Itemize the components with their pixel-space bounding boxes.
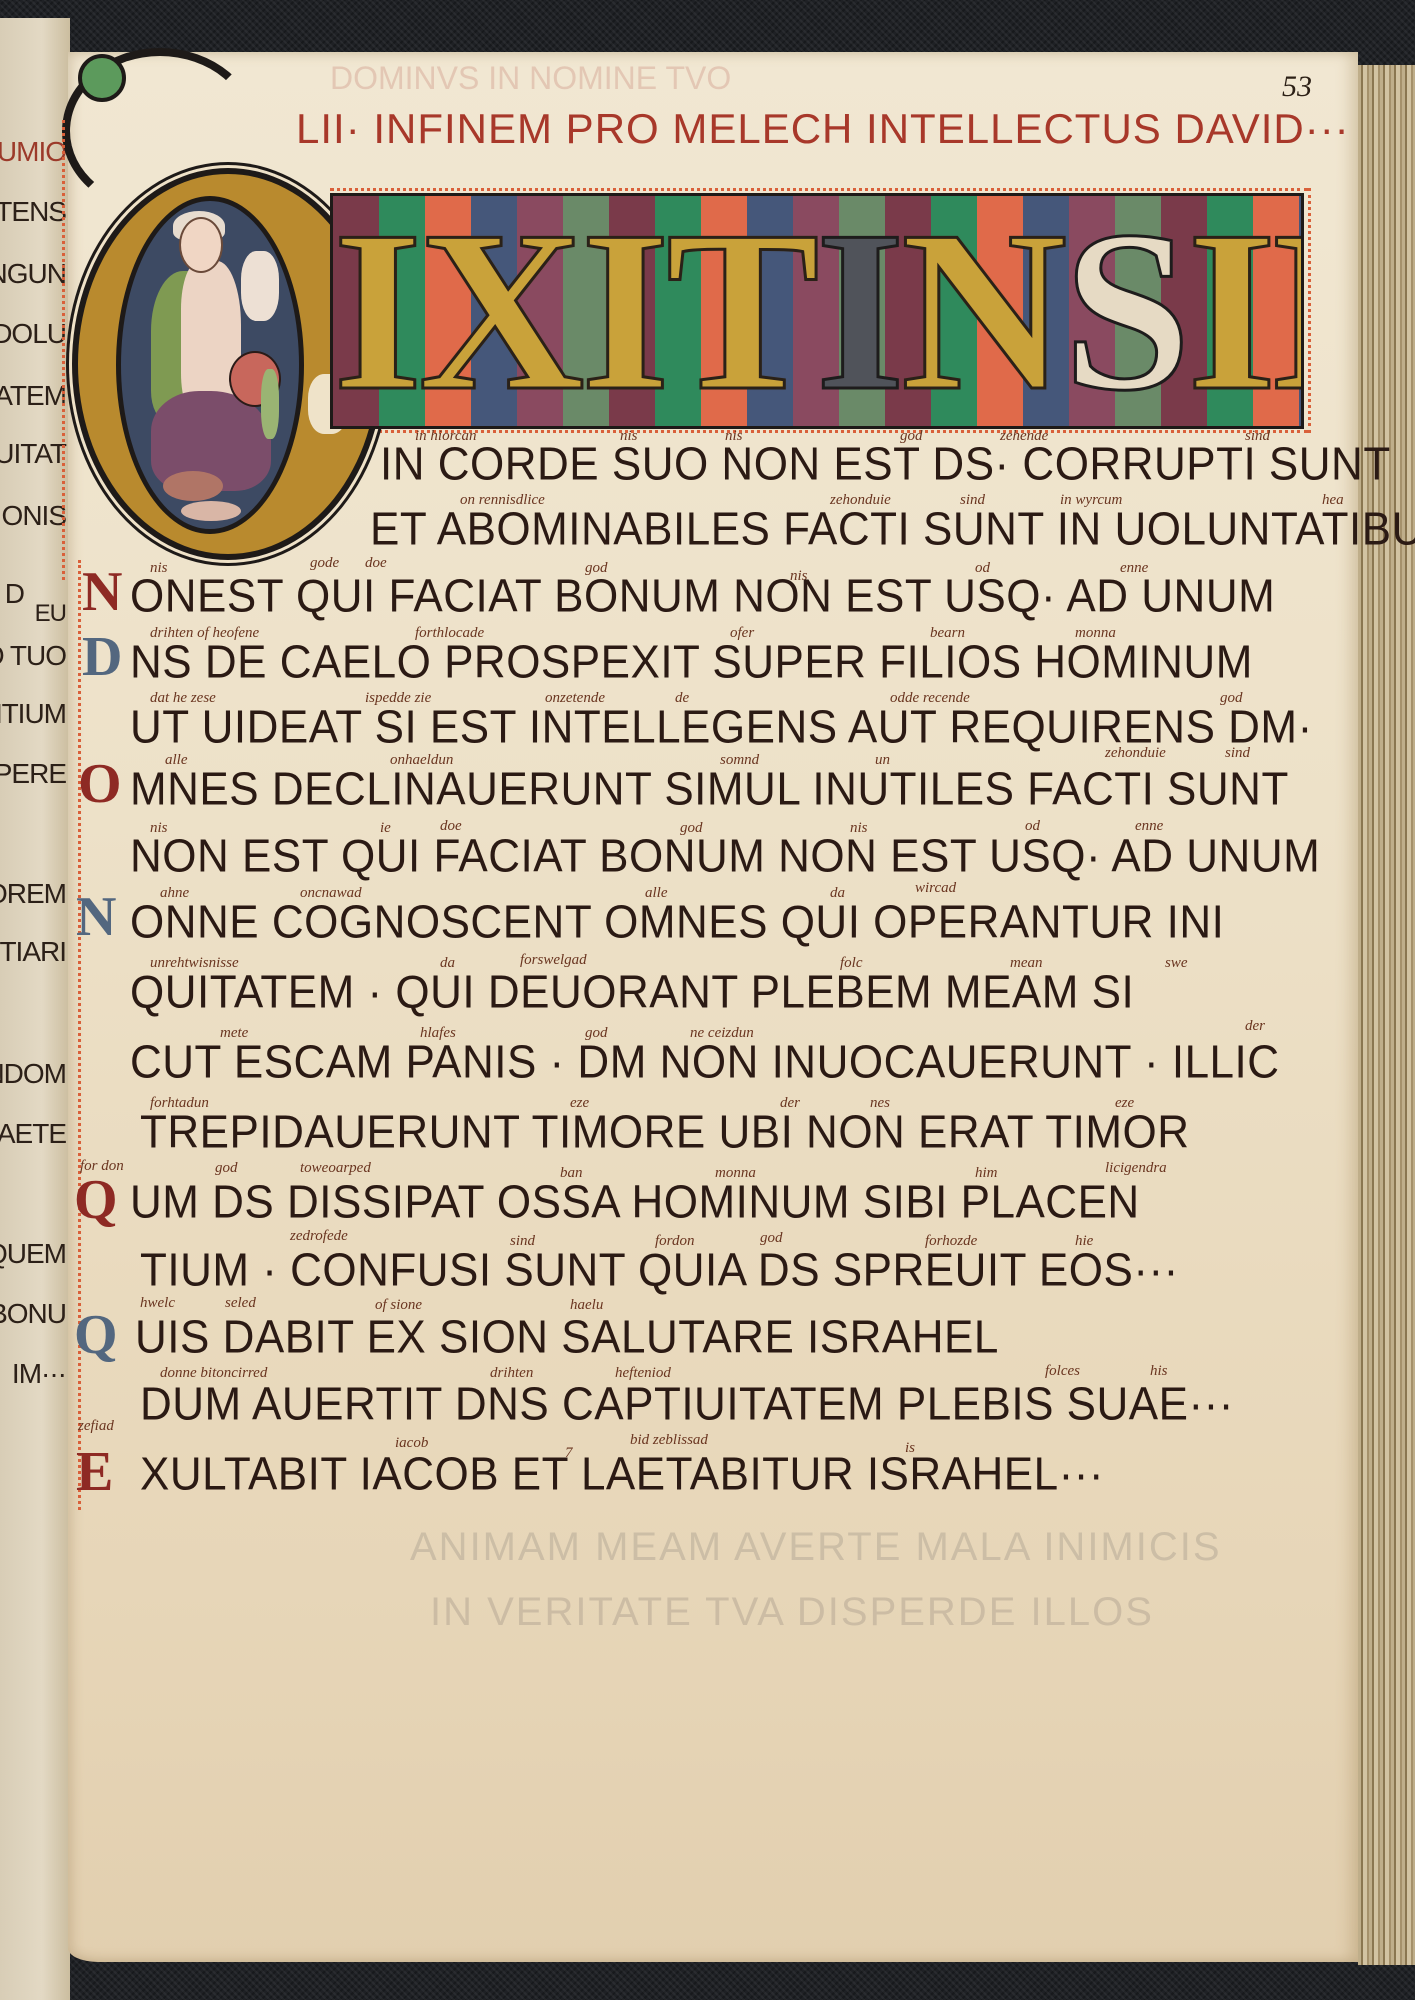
- left-page-text: DUMIO: [0, 136, 66, 168]
- left-page-text: UITIARI: [0, 936, 66, 968]
- dotted-border: [62, 120, 65, 580]
- interlinear-gloss: hwelc: [140, 1295, 175, 1312]
- initial-capital: E: [76, 1440, 113, 1504]
- initial-capital: Q: [74, 1303, 118, 1367]
- interlinear-gloss: sind: [1225, 745, 1250, 762]
- banner-letter: N: [901, 196, 1063, 426]
- interlinear-gloss: toweoarped: [300, 1160, 371, 1177]
- text-line: MNES DECLINAUERUNT SIMUL INUTILES FACTI …: [130, 764, 1289, 817]
- text-line: DUM AUERTIT DNS CAPTIUITATEM PLEBIS SUAE…: [140, 1379, 1234, 1432]
- interlinear-gloss: swe: [1165, 955, 1188, 972]
- interlinear-gloss: his: [1150, 1363, 1168, 1380]
- text-line: ONEST QUI FACIAT BONUM NON EST USQ· AD U…: [130, 571, 1275, 624]
- fish-figure: [261, 369, 279, 439]
- left-page-text: ATIONIS: [0, 500, 66, 532]
- hare-figure: [163, 471, 223, 501]
- text-line: TIUM · CONFUSI SUNT QUIA DS SPREUIT EOS·…: [140, 1245, 1179, 1298]
- interlinear-gloss: folces: [1045, 1363, 1080, 1380]
- text-line: ET ABOMINABILES FACTI SUNT IN UOLUNTATIB…: [370, 504, 1415, 557]
- left-page-text: TI DOLU: [0, 318, 66, 350]
- left-page-text: AINDOM: [0, 1058, 66, 1090]
- left-page-text: SUPERE: [0, 758, 66, 790]
- figure-head: [179, 217, 223, 273]
- interlinear-gloss: licigendra: [1105, 1160, 1167, 1177]
- interlinear-gloss: seled: [225, 1295, 256, 1312]
- show-through-text: IN VERITATE TVA DISPERDE ILLOS: [430, 1590, 1154, 1635]
- text-line: QUITATEM · QUI DEUORANT PLEBEM MEAM SI: [130, 967, 1134, 1020]
- interlinear-gloss: zedrofede: [290, 1228, 348, 1245]
- interlinear-gloss: god: [215, 1160, 238, 1177]
- banner-letter: I: [581, 196, 667, 426]
- left-page-text: EU: [35, 600, 66, 628]
- banner-letter: E: [1273, 196, 1304, 426]
- left-page-text: D: [5, 578, 24, 610]
- left-page-text: D BONU: [0, 1298, 66, 1330]
- initial-capital: Q: [74, 1168, 118, 1232]
- interlinear-gloss: zefiad: [78, 1418, 114, 1435]
- interlinear-gloss: wircad: [915, 880, 956, 897]
- rubric-heading: LII· INFINEM PRO MELECH INTELLECTUS DAVI…: [296, 105, 1350, 153]
- text-line: ONNE COGNOSCENT OMNES QUI OPERANTUR INI: [130, 897, 1224, 950]
- show-through-text: ANIMAM MEAM AVERTE MALA INIMICIS: [410, 1525, 1222, 1570]
- page-stack-edge: [1358, 65, 1415, 1965]
- banner-letter: I: [816, 196, 902, 426]
- left-page-text: NTIUM: [0, 698, 66, 730]
- text-line: XULTABIT IACOB ET LAETABITUR ISRAHEL···: [140, 1449, 1104, 1502]
- text-line: TREPIDAUERUNT TIMORE UBI NON ERAT TIMOR: [140, 1107, 1190, 1160]
- dotted-border: [330, 430, 1308, 433]
- left-page-text: ITOREM: [0, 878, 66, 910]
- left-page-text: IM···: [12, 1358, 66, 1390]
- initial-capital: D: [82, 625, 122, 689]
- text-line: UIS DABIT EX SION SALUTARE ISRAHEL: [135, 1312, 999, 1365]
- show-through-text: DOMINVS IN NOMINE TVO: [330, 60, 731, 97]
- dotted-border: [78, 560, 81, 1510]
- text-line: NS DE CAELO PROSPEXIT SUPER FILIOS HOMIN…: [130, 637, 1253, 690]
- dotted-border: [330, 188, 1308, 191]
- text-line: IN CORDE SUO NON EST DS· CORRUPTI SUNT: [380, 439, 1391, 492]
- initial-capital: N: [82, 560, 122, 624]
- interlinear-gloss: bid zeblissad: [630, 1432, 708, 1449]
- left-page-text: LINAETE: [0, 1118, 66, 1150]
- folio-number: 53: [1282, 70, 1312, 104]
- banner-letter: I: [333, 196, 419, 426]
- initial-capital: N: [76, 885, 116, 949]
- left-page-text: EQUITAT: [0, 438, 66, 470]
- left-page-text: ILO TUO: [0, 640, 66, 672]
- scroll-terminal-ornament: [78, 54, 126, 102]
- banner-letters: I X I T I N S I E N S: [333, 196, 1301, 426]
- text-line: UM DS DISSIPAT OSSA HOMINUM SIBI PLACEN: [130, 1177, 1140, 1230]
- interlinear-gloss: zehonduie: [1105, 745, 1166, 762]
- decorated-incipit-banner: I X I T I N S I E N S: [330, 193, 1304, 429]
- banner-letter: T: [666, 196, 815, 426]
- initial-capital: O: [78, 752, 122, 816]
- interlinear-gloss: for don: [80, 1158, 124, 1175]
- banner-letter: S: [1063, 196, 1187, 426]
- initial-miniature: [116, 196, 304, 534]
- dotted-border: [1308, 188, 1311, 433]
- banner-letter: X: [419, 196, 581, 426]
- text-line: CUT ESCAM PANIS · DM NON INUOCAUERUNT · …: [130, 1037, 1280, 1090]
- interlinear-gloss: gode: [310, 555, 339, 572]
- left-page-text: ITATEM: [0, 380, 66, 412]
- text-line: NON EST QUI FACIAT BONUM NON EST USQ· AD…: [130, 831, 1320, 884]
- banner-letter: I: [1187, 196, 1273, 426]
- left-page-text: QUEM: [0, 1238, 66, 1270]
- hare-figure: [181, 501, 241, 521]
- left-page-text: OTENS: [0, 196, 66, 228]
- lamb-figure: [241, 251, 279, 321]
- interlinear-gloss: der: [1245, 1018, 1265, 1035]
- left-page-text: LINGUN: [0, 258, 66, 290]
- left-page-edge: DUMIO OTENS LINGUN TI DOLU ITATEM EQUITA…: [0, 18, 70, 2000]
- interlinear-gloss: doe: [365, 555, 387, 572]
